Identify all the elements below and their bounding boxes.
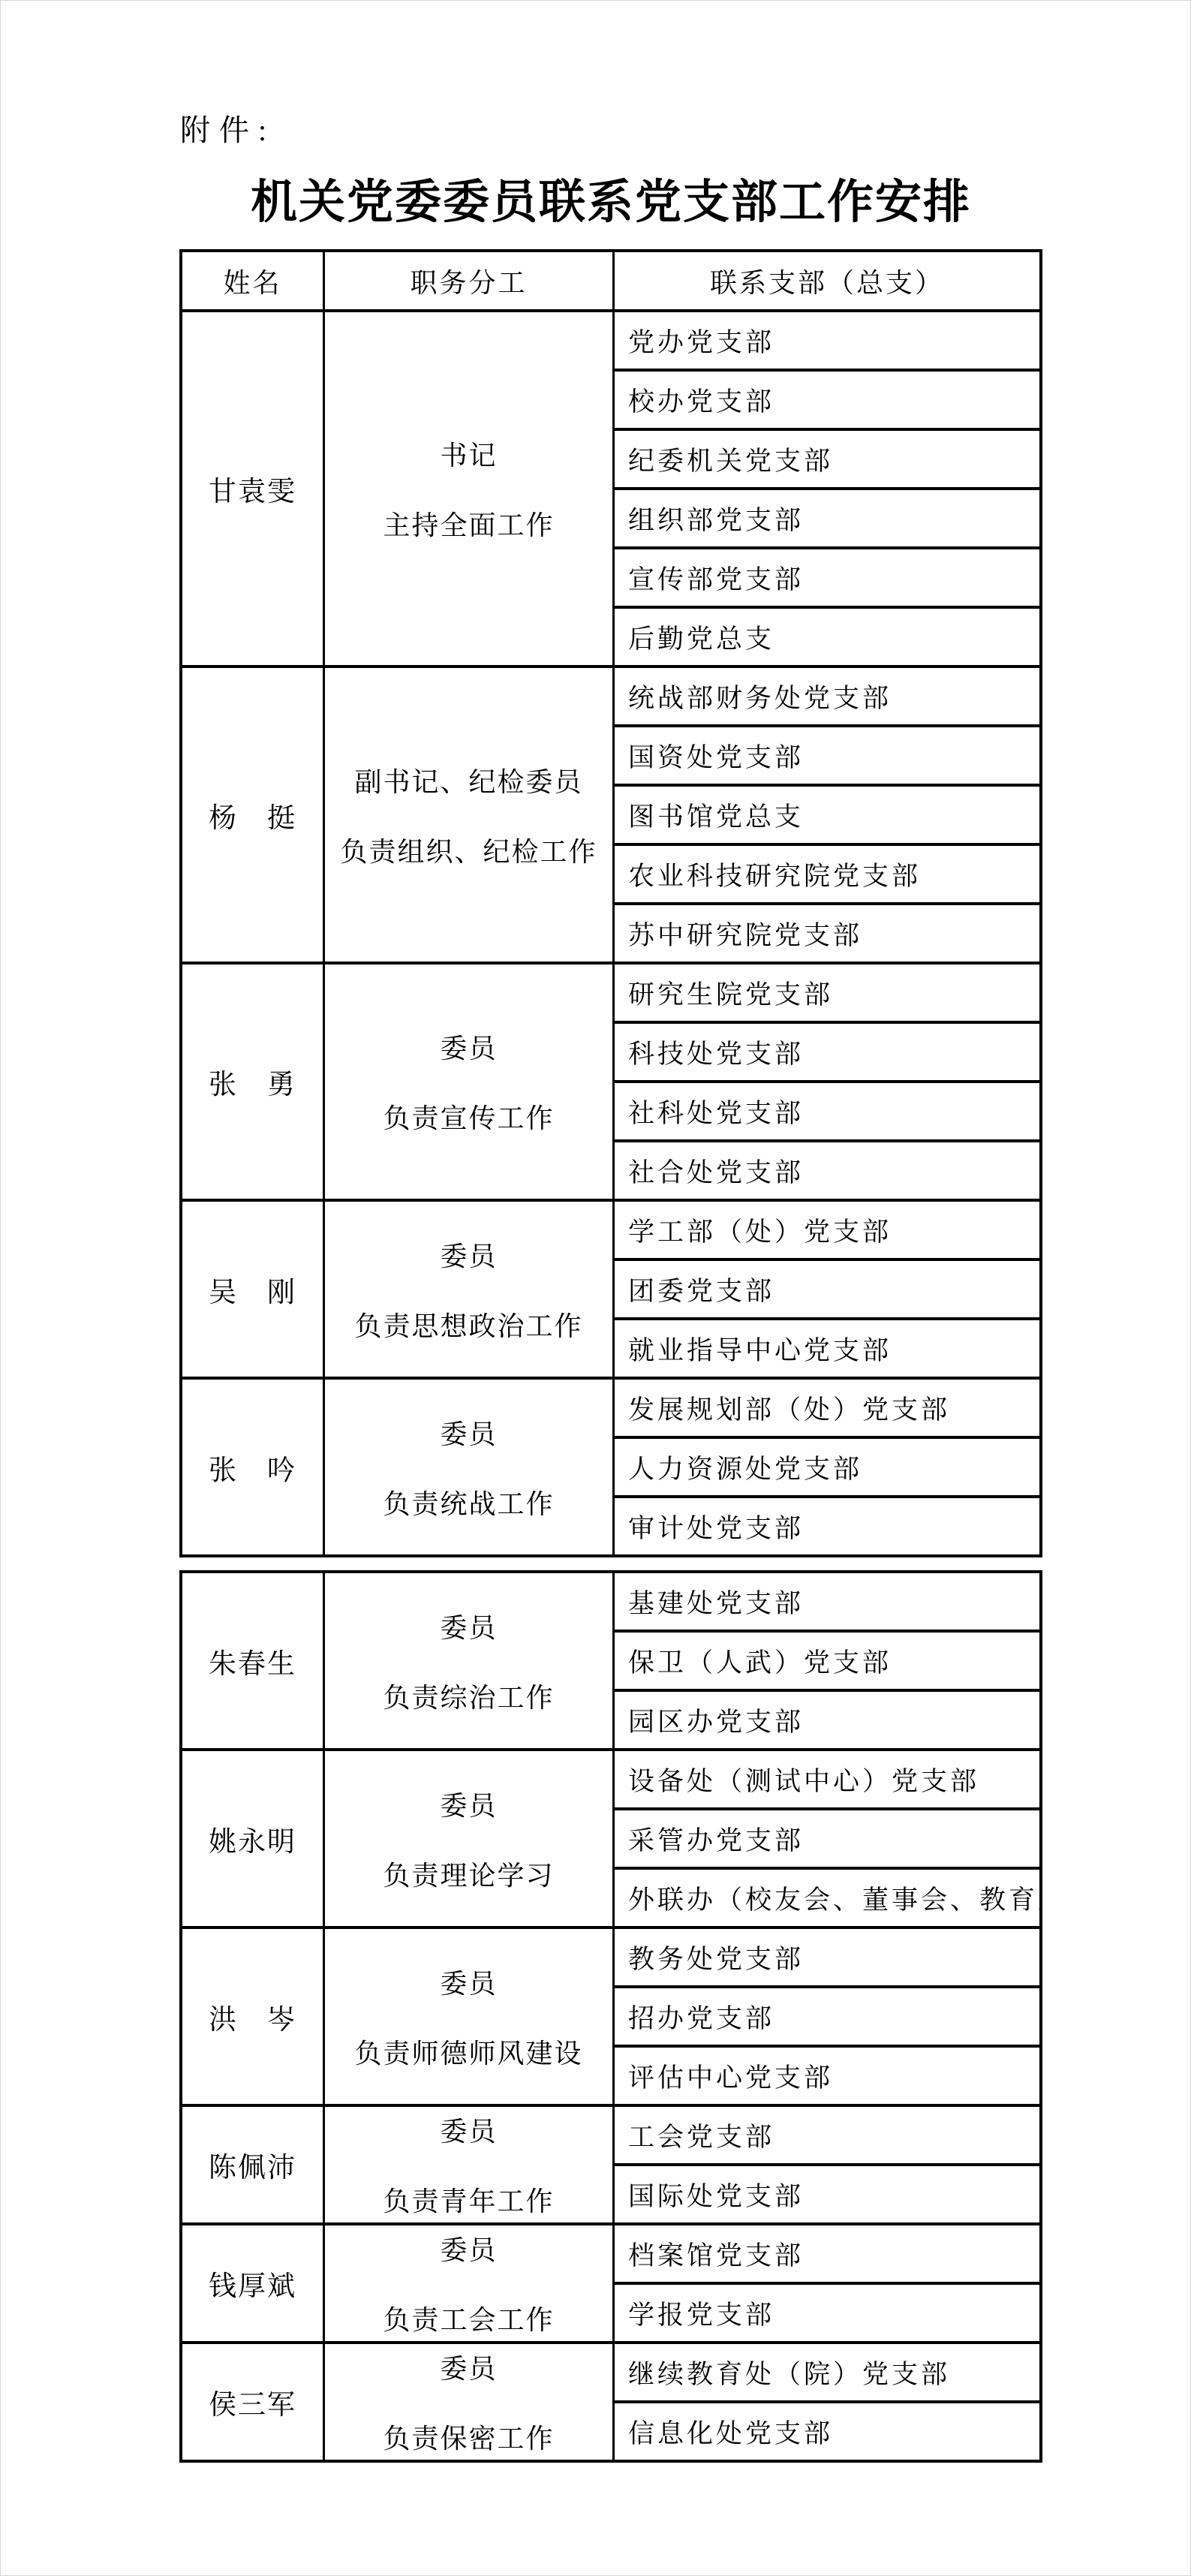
name-cell: 张 吟 — [182, 1380, 325, 1554]
branch-cell: 保卫（人武）党支部 — [615, 1630, 1039, 1689]
table-row-group: 张 勇委员负责宣传工作研究生院党支部科技处党支部社科处党支部社合处党支部 — [182, 961, 1039, 1199]
branch-cell: 科技处党支部 — [615, 1021, 1039, 1080]
name-cell: 钱厚斌 — [182, 2225, 325, 2341]
page-title: 机关党委委员联系党支部工作安排 — [179, 173, 1042, 233]
branch-cell: 图书馆党总支 — [615, 784, 1039, 843]
branch-cell: 工会党支部 — [615, 2107, 1039, 2163]
branch-column: 档案馆党支部学报党支部 — [615, 2225, 1039, 2341]
branch-cell: 社合处党支部 — [615, 1139, 1039, 1199]
duty-cell: 副书记、纪检委员负责组织、纪检工作 — [325, 668, 615, 961]
duty-line: 委员 — [440, 1607, 497, 1645]
branch-cell: 评估中心党支部 — [615, 2045, 1039, 2104]
duty-line: 委员 — [440, 1785, 497, 1823]
table-row-group: 甘袁雯书记主持全面工作党办党支部校办党支部纪委机关党支部组织部党支部宣传部党支部… — [182, 312, 1039, 665]
duty-cell: 委员负责师德师风建设 — [325, 1929, 615, 2104]
branch-cell: 就业指导中心党支部 — [615, 1317, 1039, 1377]
name-cell: 朱春生 — [182, 1573, 325, 1748]
name-cell: 张 勇 — [182, 964, 325, 1199]
duty-line: 负责保密工作 — [383, 2418, 554, 2456]
name-cell: 吴 刚 — [182, 1202, 325, 1377]
table-row-group: 钱厚斌委员负责工会工作档案馆党支部学报党支部 — [182, 2222, 1039, 2341]
duty-line: 负责综治工作 — [383, 1677, 554, 1715]
branch-cell: 信息化处党支部 — [615, 2400, 1039, 2460]
duty-line: 负责组织、纪检工作 — [340, 831, 597, 869]
table-row-group: 陈佩沛委员负责青年工作工会党支部国际处党支部 — [182, 2104, 1039, 2222]
branch-cell: 外联办（校友会、董事会、教育发 — [615, 1867, 1039, 1926]
name-cell: 洪 岑 — [182, 1929, 325, 2104]
table-row-group: 侯三军委员负责保密工作继续教育处（院）党支部信息化处党支部 — [182, 2341, 1039, 2460]
branch-cell: 设备处（测试中心）党支部 — [615, 1751, 1039, 1807]
branch-cell: 采管办党支部 — [615, 1807, 1039, 1867]
branch-cell: 组织部党支部 — [615, 487, 1039, 546]
duty-line: 负责工会工作 — [383, 2299, 554, 2337]
branch-cell: 后勤党总支 — [615, 606, 1039, 665]
branch-column: 学工部（处）党支部团委党支部就业指导中心党支部 — [615, 1202, 1039, 1377]
branch-cell: 研究生院党支部 — [615, 964, 1039, 1021]
branch-cell: 纪委机关党支部 — [615, 428, 1039, 487]
duty-line: 负责统战工作 — [383, 1483, 554, 1521]
branch-column: 继续教育处（院）党支部信息化处党支部 — [615, 2344, 1039, 2460]
branch-column: 统战部财务处党支部国资处党支部图书馆党总支农业科技研究院党支部苏中研究院党支部 — [615, 668, 1039, 961]
branch-cell: 苏中研究院党支部 — [615, 902, 1039, 961]
branch-cell: 国资处党支部 — [615, 724, 1039, 784]
duty-line: 委员 — [440, 1028, 497, 1066]
duty-line: 委员 — [440, 1963, 497, 2001]
duty-line: 主持全面工作 — [383, 504, 554, 543]
branch-cell: 统战部财务处党支部 — [615, 668, 1039, 724]
branch-cell: 国际处党支部 — [615, 2163, 1039, 2222]
branch-cell: 校办党支部 — [615, 369, 1039, 428]
table-row-group: 吴 刚委员负责思想政治工作学工部（处）党支部团委党支部就业指导中心党支部 — [182, 1199, 1039, 1377]
name-cell: 侯三军 — [182, 2344, 325, 2460]
branch-cell: 党办党支部 — [615, 312, 1039, 369]
duty-line: 委员 — [440, 1413, 497, 1452]
duty-line: 副书记、纪检委员 — [354, 761, 582, 799]
duty-line: 书记 — [440, 435, 497, 473]
duty-line: 委员 — [440, 2348, 497, 2386]
duty-line: 负责思想政治工作 — [354, 1305, 582, 1344]
branch-cell: 学报党支部 — [615, 2282, 1039, 2341]
duty-cell: 委员负责理论学习 — [325, 1751, 615, 1926]
table-row-group: 朱春生委员负责综治工作基建处党支部保卫（人武）党支部园区办党支部 — [182, 1573, 1039, 1748]
duty-line: 委员 — [440, 1235, 497, 1274]
table-row-group: 洪 岑委员负责师德师风建设教务处党支部招办党支部评估中心党支部 — [182, 1926, 1039, 2104]
branch-column: 教务处党支部招办党支部评估中心党支部 — [615, 1929, 1039, 2104]
duty-line: 委员 — [440, 2229, 497, 2268]
duty-cell: 书记主持全面工作 — [325, 312, 615, 665]
branch-cell: 发展规划部（处）党支部 — [615, 1380, 1039, 1436]
branch-cell: 团委党支部 — [615, 1258, 1039, 1317]
branch-cell: 基建处党支部 — [615, 1573, 1039, 1630]
name-cell: 甘袁雯 — [182, 312, 325, 665]
header-branch: 联系支部（总支） — [615, 252, 1039, 309]
branch-cell: 学工部（处）党支部 — [615, 1202, 1039, 1258]
branch-column: 设备处（测试中心）党支部采管办党支部外联办（校友会、董事会、教育发 — [615, 1751, 1039, 1926]
branch-cell: 社科处党支部 — [615, 1080, 1039, 1139]
branch-cell: 教务处党支部 — [615, 1929, 1039, 1985]
duty-line: 委员 — [440, 2111, 497, 2149]
duty-cell: 委员负责综治工作 — [325, 1573, 615, 1748]
name-cell: 姚永明 — [182, 1751, 325, 1926]
work-arrangement-table-upper: 姓名 职务分工 联系支部（总支） 甘袁雯书记主持全面工作党办党支部校办党支部纪委… — [179, 249, 1042, 1557]
duty-cell: 委员负责工会工作 — [325, 2225, 615, 2341]
duty-line: 负责理论学习 — [383, 1855, 554, 1893]
branch-cell: 档案馆党支部 — [615, 2225, 1039, 2282]
header-name: 姓名 — [182, 252, 325, 309]
duty-cell: 委员负责保密工作 — [325, 2344, 615, 2460]
branch-column: 基建处党支部保卫（人武）党支部园区办党支部 — [615, 1573, 1039, 1748]
document-page: 附件: 机关党委委员联系党支部工作安排 姓名 职务分工 联系支部（总支） 甘袁雯… — [0, 0, 1191, 2576]
branch-cell: 园区办党支部 — [615, 1689, 1039, 1748]
header-duty: 职务分工 — [325, 252, 615, 309]
branch-cell: 人力资源处党支部 — [615, 1436, 1039, 1495]
name-cell: 陈佩沛 — [182, 2107, 325, 2222]
branch-cell: 农业科技研究院党支部 — [615, 843, 1039, 902]
duty-line: 负责青年工作 — [383, 2180, 554, 2219]
branch-cell: 宣传部党支部 — [615, 546, 1039, 606]
table-row-group: 姚永明委员负责理论学习设备处（测试中心）党支部采管办党支部外联办（校友会、董事会… — [182, 1748, 1039, 1926]
duty-line: 负责师德师风建设 — [354, 2033, 582, 2071]
branch-column: 发展规划部（处）党支部人力资源处党支部审计处党支部 — [615, 1380, 1039, 1554]
table-row-group: 杨 挺副书记、纪检委员负责组织、纪检工作统战部财务处党支部国资处党支部图书馆党总… — [182, 665, 1039, 961]
branch-column: 工会党支部国际处党支部 — [615, 2107, 1039, 2222]
duty-cell: 委员负责青年工作 — [325, 2107, 615, 2222]
duty-cell: 委员负责宣传工作 — [325, 964, 615, 1199]
branch-column: 党办党支部校办党支部纪委机关党支部组织部党支部宣传部党支部后勤党总支 — [615, 312, 1039, 665]
duty-cell: 委员负责统战工作 — [325, 1380, 615, 1554]
branch-cell: 招办党支部 — [615, 1985, 1039, 2045]
table-header-row: 姓名 职务分工 联系支部（总支） — [182, 252, 1039, 312]
work-arrangement-table-lower: 朱春生委员负责综治工作基建处党支部保卫（人武）党支部园区办党支部姚永明委员负责理… — [179, 1570, 1042, 2463]
branch-cell: 继续教育处（院）党支部 — [615, 2344, 1039, 2400]
branch-column: 研究生院党支部科技处党支部社科处党支部社合处党支部 — [615, 964, 1039, 1199]
name-cell: 杨 挺 — [182, 668, 325, 961]
table-row-group: 张 吟委员负责统战工作发展规划部（处）党支部人力资源处党支部审计处党支部 — [182, 1377, 1039, 1554]
duty-line: 负责宣传工作 — [383, 1097, 554, 1136]
attachment-label: 附件: — [180, 113, 275, 149]
duty-cell: 委员负责思想政治工作 — [325, 1202, 615, 1377]
branch-cell: 审计处党支部 — [615, 1495, 1039, 1554]
